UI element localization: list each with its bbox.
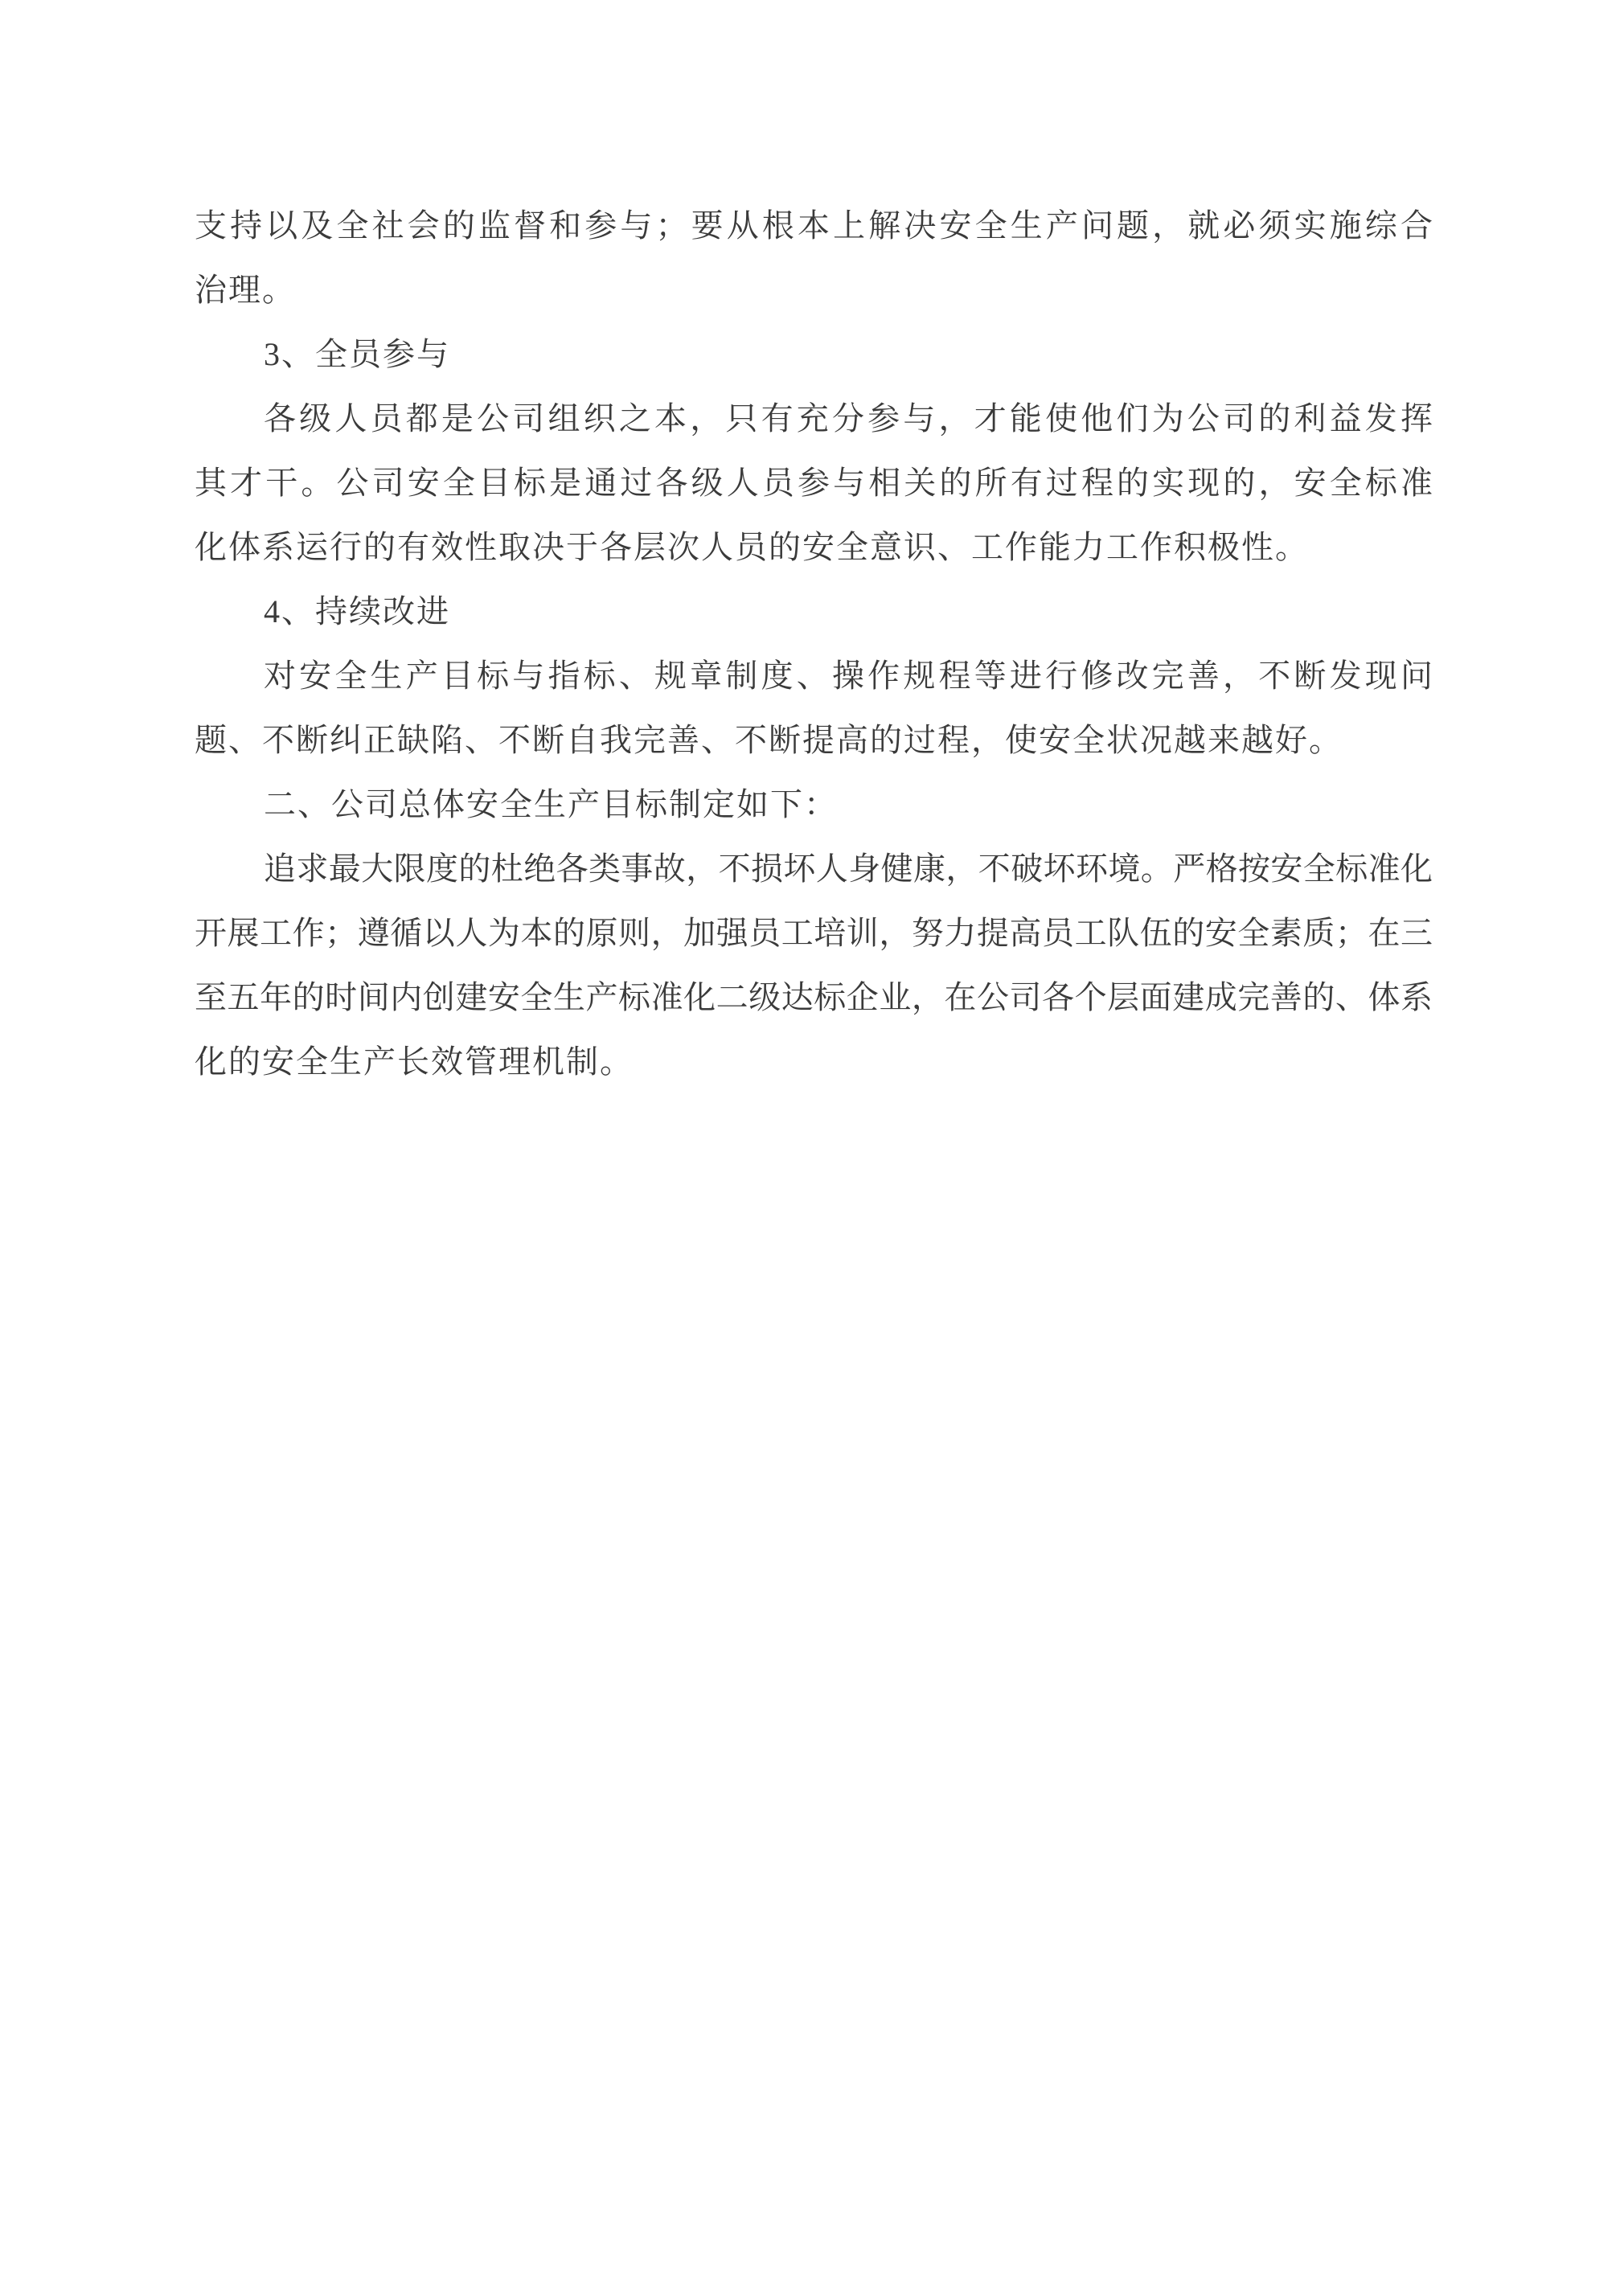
text-line: 各级人员都是公司组织之本，只有充分参与，才能使他们为公司的利益发挥 <box>195 387 1433 451</box>
text-line: 支持以及全社会的监督和参与；要从根本上解决安全生产问题，就必须实施综合 <box>195 194 1433 258</box>
text-line: 至五年的时间内创建安全生产标准化二级达标企业，在公司各个层面建成完善的、体系 <box>195 966 1433 1030</box>
text-line: 3、全员参与 <box>195 322 1433 387</box>
text-line: 二、公司总体安全生产目标制定如下： <box>195 773 1433 837</box>
document-page: 支持以及全社会的监督和参与；要从根本上解决安全生产问题，就必须实施综合治理。3、… <box>0 0 1624 2296</box>
text-line: 其才干。公司安全目标是通过各级人员参与相关的所有过程的实现的，安全标准 <box>195 451 1433 515</box>
text-line: 对安全生产目标与指标、规章制度、操作规程等进行修改完善，不断发现问 <box>195 644 1433 708</box>
text-line: 追求最大限度的杜绝各类事故，不损坏人身健康，不破坏环境。严格按安全标准化 <box>195 837 1433 901</box>
text-line: 4、持续改进 <box>195 580 1433 644</box>
text-line: 题、不断纠正缺陷、不断自我完善、不断提高的过程，使安全状况越来越好。 <box>195 708 1433 773</box>
text-line: 开展工作；遵循以人为本的原则，加强员工培训，努力提高员工队伍的安全素质；在三 <box>195 901 1433 966</box>
document-text-body: 支持以及全社会的监督和参与；要从根本上解决安全生产问题，就必须实施综合治理。3、… <box>195 194 1433 1094</box>
text-line: 化的安全生产长效管理机制。 <box>195 1030 1433 1094</box>
text-line: 治理。 <box>195 258 1433 322</box>
text-line: 化体系运行的有效性取决于各层次人员的安全意识、工作能力工作积极性。 <box>195 515 1433 580</box>
